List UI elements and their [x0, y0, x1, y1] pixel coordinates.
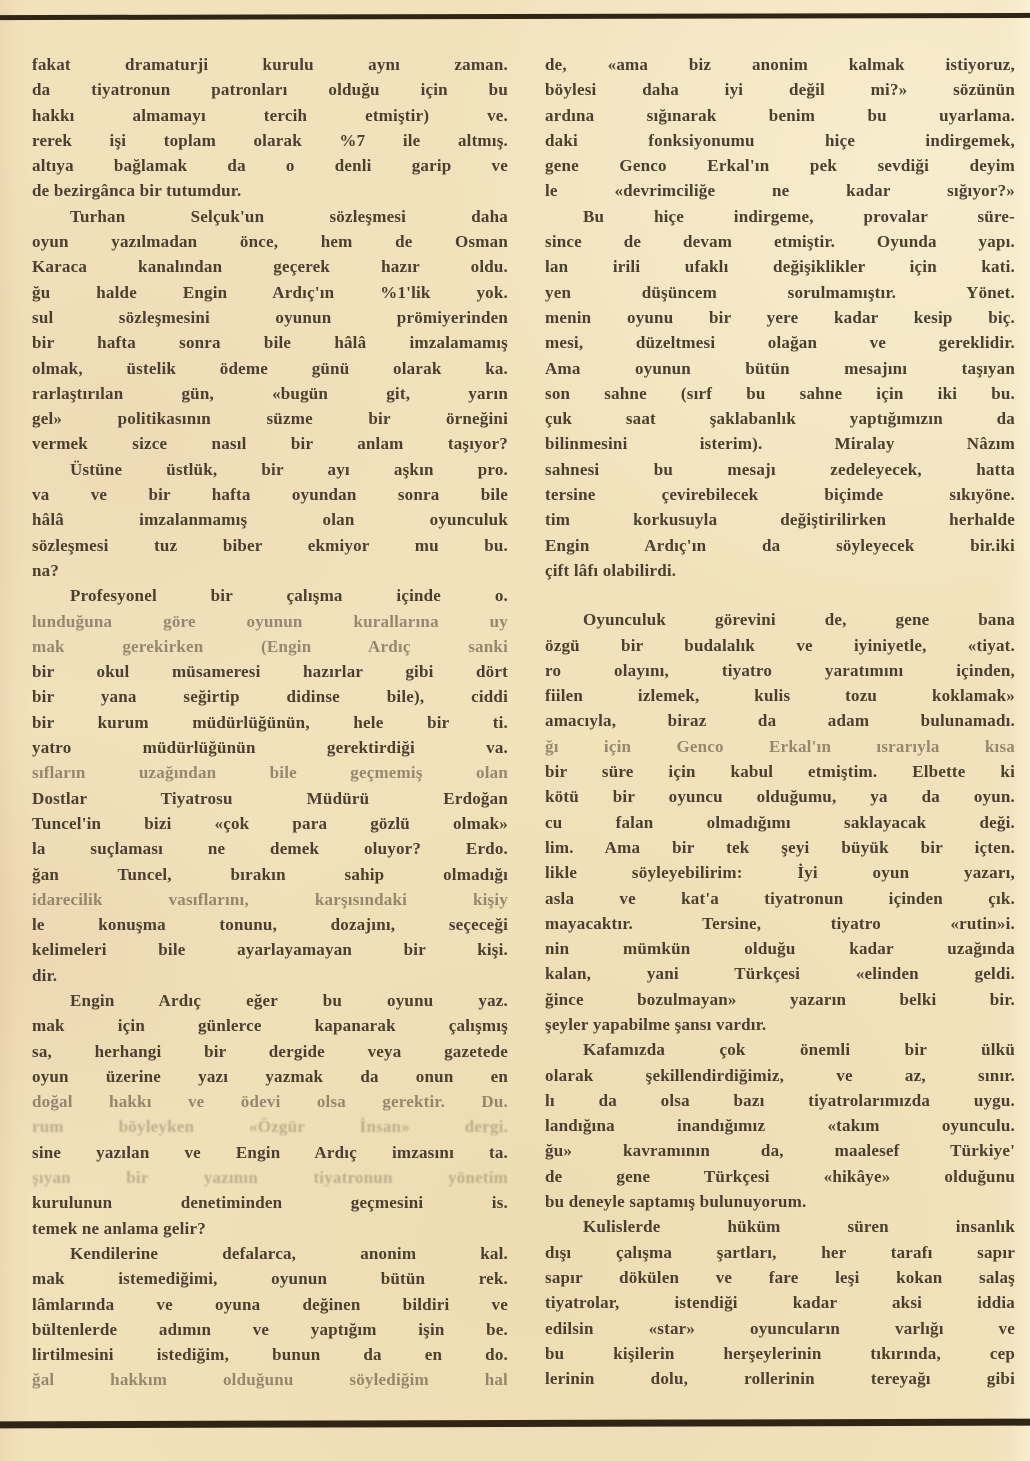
paragraph: Profesyonel bir çalışma içinde o.lunduğu…: [32, 583, 508, 988]
text-line: Bu hiçe indirgeme, provalar süre-: [545, 204, 1015, 229]
text-line: ğal hakkım olduğunu söylediğim hal: [32, 1367, 508, 1392]
text-line: tim korkusuyla değiştirilirken herhalde: [545, 507, 1015, 532]
text-line: landığına inandığımız «takım oyunculu.: [545, 1113, 1015, 1138]
text-line: sa, herhangi bir dergide veya gazetede: [32, 1039, 508, 1064]
text-line: çuk saat şaklabanlık yaptığımızın da: [545, 406, 1015, 431]
text-line: sapır dökülen ve fare leşi kokan salaş: [545, 1265, 1015, 1290]
text-line: Tuncel'in bizi «çok para gözlü olmak»: [32, 811, 508, 836]
text-line: kötü bir oyuncu olduğumu, ya da oyun.: [545, 784, 1015, 809]
text-line: hakkı almamayı tercih etmiştir) ve.: [32, 103, 508, 128]
paragraph: Kafamızda çok önemli bir ülküolarak şeki…: [545, 1037, 1015, 1214]
text-line: fakat dramaturji kurulu aynı zaman.: [32, 52, 508, 77]
text-line: gel» politikasının süzme bir örneğini: [32, 406, 508, 431]
text-line: bu kişilerin herşeylerinin tıkırında, ce…: [545, 1341, 1015, 1366]
text-line: lerinin dolu, rollerinin tereyağı gibi: [545, 1366, 1015, 1391]
right-column: de, «ama biz anonim kalmak istiyoruz,böy…: [545, 52, 1015, 1393]
paragraph: Bu hiçe indirgeme, provalar süre-since d…: [545, 204, 1015, 583]
paragraph: Oyunculuk görevini de, gene banaözgü bir…: [545, 607, 1015, 1037]
text-line: tiyatrolar, istendiği kadar aksi iddia: [545, 1290, 1015, 1315]
text-line: ro olayını, tiyatro yaratımını içinden,: [545, 658, 1015, 683]
text-line: mak gerekirken (Engin Ardıç sanki: [32, 634, 508, 659]
text-line: Kendilerine defalarca, anonim kal.: [32, 1241, 508, 1266]
paragraph: fakat dramaturji kurulu aynı zaman.da ti…: [32, 52, 508, 204]
text-line: bir süre için kabul etmiştim. Elbette ki: [545, 759, 1015, 784]
newspaper-page: fakat dramaturji kurulu aynı zaman.da ti…: [0, 0, 1030, 1461]
text-line: mesi, düzeltmesi olağan ve gereklidir.: [545, 330, 1015, 355]
text-line: la suçlaması ne demek oluyor? Erdo.: [32, 836, 508, 861]
text-line: bu deneyle saptamış bulunuyorum.: [545, 1189, 1015, 1214]
text-line: lı da olsa bazı tiyatrolarımızda uygu.: [545, 1088, 1015, 1113]
paragraph: Üstüne üstlük, bir ayı aşkın pro.va ve b…: [32, 457, 508, 583]
text-line: sine yazılan ve Engin Ardıç imzasını ta.: [32, 1140, 508, 1165]
text-line: le «devrimciliğe ne kadar sığıyor?»: [545, 178, 1015, 203]
text-line: le konuşma tonunu, dozajını, seçeceği: [32, 912, 508, 937]
text-line: oyun yazılmadan önce, hem de Osman: [32, 229, 508, 254]
text-line: mak istemediğimi, oyunun bütün rek.: [32, 1266, 508, 1291]
text-line: yatro müdürlüğünün gerektirdiği va.: [32, 735, 508, 760]
text-line: de gene Türkçesi «hikâye» olduğunu: [545, 1164, 1015, 1189]
text-line: menin oyunu bir yere kadar kesip biç.: [545, 305, 1015, 330]
text-line: ğu» kavramının da, maalesef Türkiye': [545, 1138, 1015, 1163]
text-line: ğu halde Engin Ardıç'ın %1'lik yok.: [32, 280, 508, 305]
text-line: lan irili ufaklı değişiklikler için kati…: [545, 254, 1015, 279]
text-line: ğı için Genco Erkal'ın ısrarıyla kısa: [545, 734, 1015, 759]
text-line: Profesyonel bir çalışma içinde o.: [32, 583, 508, 608]
text-line: çift lâfı olabilirdi.: [545, 558, 1015, 583]
text-line: de, «ama biz anonim kalmak istiyoruz,: [545, 52, 1015, 77]
text-line: Üstüne üstlük, bir ayı aşkın pro.: [32, 457, 508, 482]
text-line: bir kurum müdürlüğünün, hele bir ti.: [32, 710, 508, 735]
text-line: na?: [32, 558, 508, 583]
bottom-rule: [0, 1419, 1030, 1429]
text-line: vermek sizce nasıl bir anlam taşıyor?: [32, 431, 508, 456]
text-line: nin mümkün olduğu kadar uzağında: [545, 936, 1015, 961]
text-line: Turhan Selçuk'un sözleşmesi daha: [32, 204, 508, 229]
text-line: lunduğuna göre oyunun kurallarına uy: [32, 609, 508, 634]
text-line: doğal hakkı ve ödevi olsa gerektir. Du.: [32, 1089, 508, 1114]
text-line: Engin Ardıç eğer bu oyunu yaz.: [32, 988, 508, 1013]
text-line: mayacaktır. Tersine, tiyatro «rutin»i.: [545, 911, 1015, 936]
text-line: sıfların uzağından bile geçmemiş olan: [32, 760, 508, 785]
text-line: rum böyleyken «Özgür İnsan» dergi.: [32, 1114, 508, 1139]
top-rule: [0, 13, 1030, 20]
text-line: olmak, üstelik ödeme günü olarak ka.: [32, 356, 508, 381]
text-line: bir okul müsameresi hazırlar gibi dört: [32, 659, 508, 684]
text-line: cu falan olmadığımı saklayacak deği.: [545, 810, 1015, 835]
text-line: rarlaştırılan gün, «bugün git, yarın: [32, 381, 508, 406]
text-line: Oyunculuk görevini de, gene bana: [545, 607, 1015, 632]
left-column: fakat dramaturji kurulu aynı zaman.da ti…: [32, 52, 508, 1393]
text-line: rerek işi toplam olarak %7 ile altmış.: [32, 128, 508, 153]
text-line: Ama oyunun bütün mesajını taşıyan: [545, 356, 1015, 381]
paragraph: de, «ama biz anonim kalmak istiyoruz,böy…: [545, 52, 1015, 204]
text-line: şıyan bir yazının tiyatronun yönetim: [32, 1165, 508, 1190]
text-line: edilsin «star» oyuncuların varlığı ve: [545, 1316, 1015, 1341]
text-line: ğan Tuncel, bırakın sahip olmadığı: [32, 862, 508, 887]
paragraph: Engin Ardıç eğer bu oyunu yaz.mak için g…: [32, 988, 508, 1241]
article-columns: fakat dramaturji kurulu aynı zaman.da ti…: [32, 52, 1015, 1393]
text-line: şeyler yapabilme şansı vardır.: [545, 1012, 1015, 1037]
text-line: bir hafta sonra bile hâlâ imzalamamış: [32, 330, 508, 355]
text-line: özgü bir budalalık ve iyiniyetle, «tiyat…: [545, 633, 1015, 658]
text-line: lâmlarında ve oyuna değinen bildiri ve: [32, 1292, 508, 1317]
text-line: sul sözleşmesini oyunun prömiyerinden: [32, 305, 508, 330]
text-line: bültenlerde adımın ve yaptığım işin be.: [32, 1317, 508, 1342]
text-line: dışı çalışma şartları, her tarafı sapır: [545, 1240, 1015, 1265]
text-line: Karaca kanalından geçerek hazır oldu.: [32, 254, 508, 279]
paragraph: Kendilerine defalarca, anonim kal.mak is…: [32, 1241, 508, 1393]
text-line: kalan, yani Türkçesi «elinden geldi.: [545, 961, 1015, 986]
text-line: va ve bir hafta oyundan sonra bile: [32, 482, 508, 507]
text-line: bir yana seğirtip didinse bile), ciddi: [32, 684, 508, 709]
text-line: amacıyla, biraz da adam bulunamadı.: [545, 708, 1015, 733]
text-line: oyun üzerine yazı yazmak da onun en: [32, 1064, 508, 1089]
text-line: ğince bozulmayan» yazarın belki bir.: [545, 987, 1015, 1012]
text-line: Dostlar Tiyatrosu Müdürü Erdoğan: [32, 786, 508, 811]
text-line: sahnesi bu mesajı zedeleyecek, hatta: [545, 457, 1015, 482]
text-line: böylesi daha iyi değil mi?» sözünün: [545, 77, 1015, 102]
text-line: fiilen izlemek, kulis tozu koklamak»: [545, 683, 1015, 708]
text-line: yen düşüncem sorulmamıştır. Yönet.: [545, 280, 1015, 305]
text-line: bilinmesini isterim). Miralay Nâzım: [545, 431, 1015, 456]
text-line: likle söyleyebilirim: İyi oyun yazarı,: [545, 860, 1015, 885]
text-line: lim. Ama bir tek şeyi büyük bir içten.: [545, 835, 1015, 860]
text-line: hâlâ imzalanmamış olan oyunculuk: [32, 507, 508, 532]
text-line: son sahne (sırf bu sahne için iki bu.: [545, 381, 1015, 406]
text-line: de bezirgânca bir tutumdur.: [32, 178, 508, 203]
text-line: da tiyatronun patronları olduğu için bu: [32, 77, 508, 102]
text-line: kelimeleri bile ayarlayamayan bir kişi.: [32, 937, 508, 962]
text-line: olarak şekillendirdiğimiz, ve az, sınır.: [545, 1063, 1015, 1088]
text-line: kurulunun denetiminden geçmesini is.: [32, 1190, 508, 1215]
text-line: asla ve kat'a tiyatronun içinden çık.: [545, 886, 1015, 911]
text-line: Engin Ardıç'ın da söyleyecek bir.iki: [545, 533, 1015, 558]
paragraph: Kulislerde hüküm süren insanlıkdışı çalı…: [545, 1214, 1015, 1391]
text-line: mak için günlerce kapanarak çalışmış: [32, 1013, 508, 1038]
text-line: since de devam etmiştir. Oyunda yapı.: [545, 229, 1015, 254]
text-line: lirtilmesini istediğim, bunun da en do.: [32, 1342, 508, 1367]
text-line: gene Genco Erkal'ın pek sevdiği deyim: [545, 153, 1015, 178]
text-line: temek ne anlama gelir?: [32, 1216, 508, 1241]
text-line: idarecilik vasıflarını, karşısındaki kiş…: [32, 887, 508, 912]
text-line: Kulislerde hüküm süren insanlık: [545, 1214, 1015, 1239]
text-line: ardına sığınarak benim bu uyarlama.: [545, 103, 1015, 128]
text-line: Kafamızda çok önemli bir ülkü: [545, 1037, 1015, 1062]
text-line: tersine çevirebilecek biçimde sıkıyöne.: [545, 482, 1015, 507]
paragraph: Turhan Selçuk'un sözleşmesi dahaoyun yaz…: [32, 204, 508, 457]
text-line: daki fonksiyonumu hiçe indirgemek,: [545, 128, 1015, 153]
text-line: sözleşmesi tuz biber ekmiyor mu bu.: [32, 533, 508, 558]
text-line: dir.: [32, 963, 508, 988]
text-line: altıya bağlamak da o denli garip ve: [32, 153, 508, 178]
